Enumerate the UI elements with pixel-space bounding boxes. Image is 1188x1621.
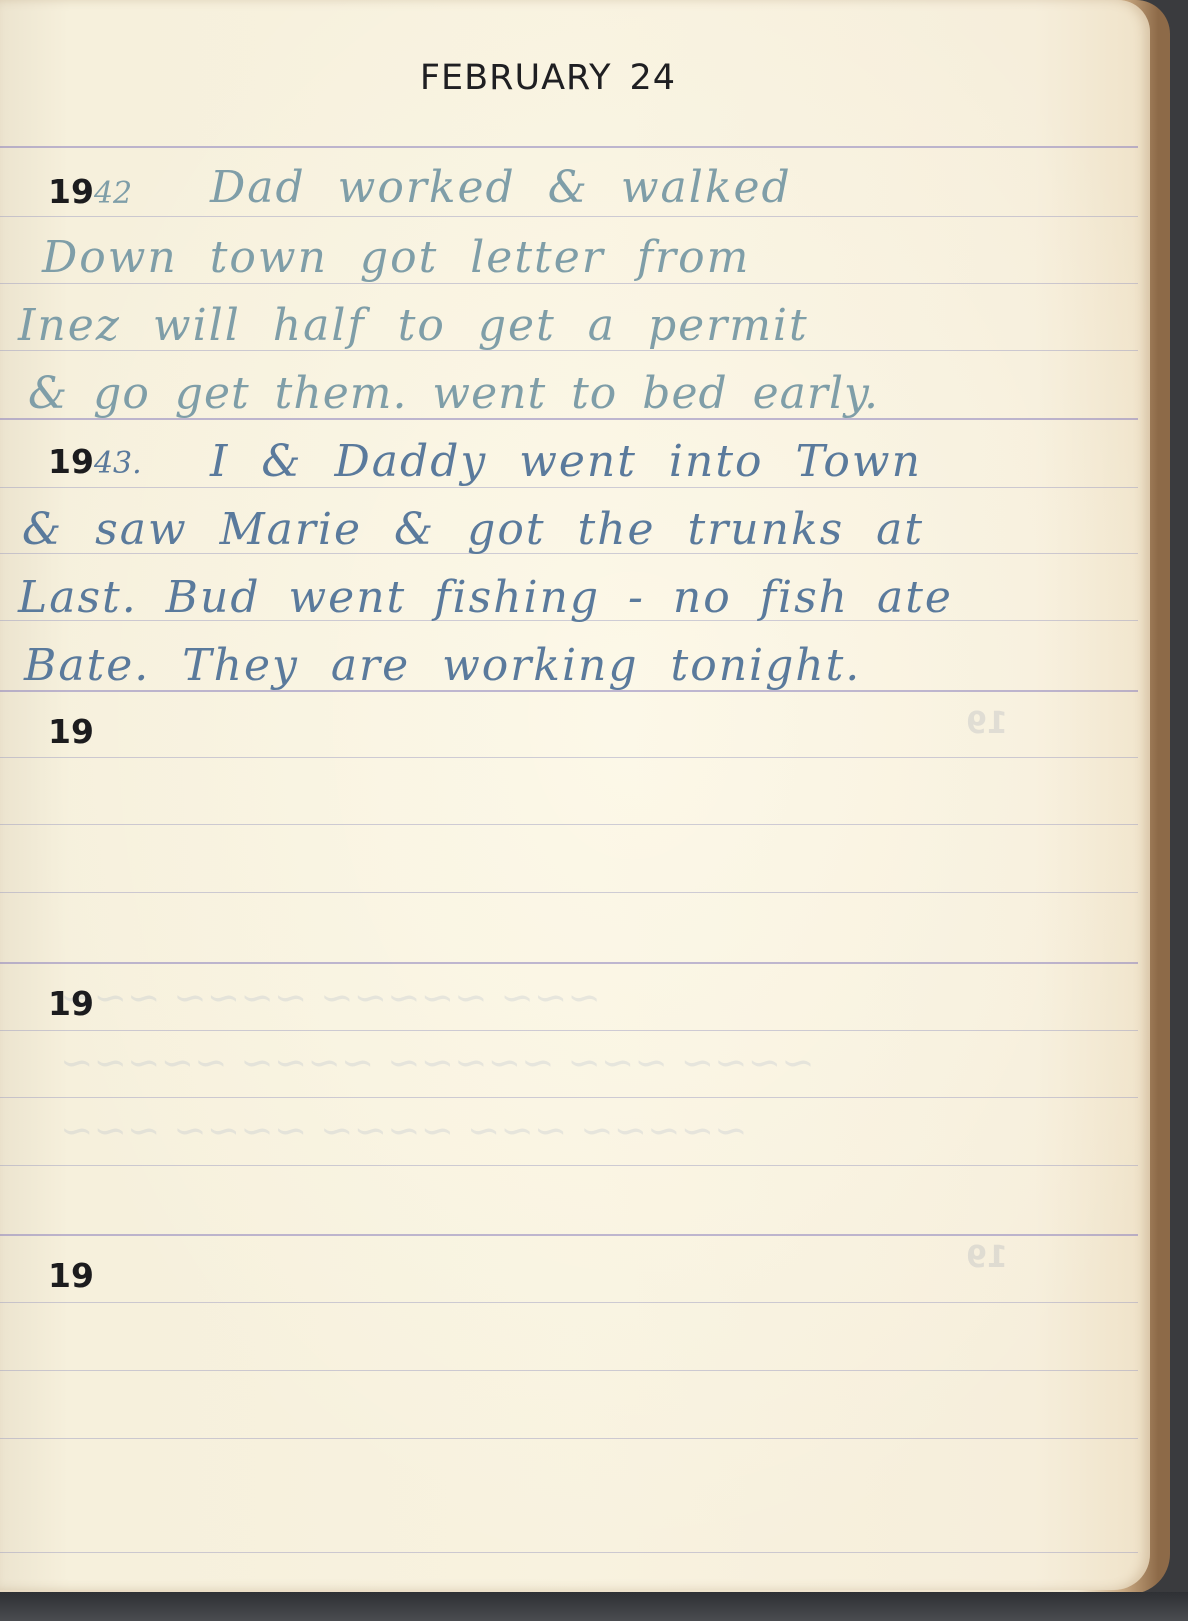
entry-year-1942: 1942 [48,172,132,211]
bleed-through-year: 19 [966,706,1008,741]
ruled-line [0,1302,1138,1303]
year-handwritten: 42 [94,176,132,211]
bleed-through-text: ~~~~ ~~~ ~~~~~ ~~~~ ~~~~~ [60,1040,815,1086]
ruled-line [0,824,1138,825]
year-printed: 19 [48,1256,94,1295]
page-date-header: FEBRUARY24 [0,58,1096,98]
year-handwritten: 43. [94,446,142,481]
ruled-line [0,962,1138,964]
diary-page: 19 19 ~~~ ~~~~~ ~~~~ ~~~ ~~~~ ~~~ ~~~~~ … [0,0,1150,1590]
ruled-line [0,1165,1138,1166]
ruled-line [0,283,1138,284]
ruled-line [0,757,1138,758]
date-month: FEBRUARY [420,58,612,98]
bleed-through-text: ~~~ ~~~~~ ~~~~ ~~~ [60,975,601,1021]
entry-1942-line-4: & go get them. went to bed early. [28,368,879,419]
year-printed: 19 [48,442,94,481]
entry-year-blank: 19 [48,712,94,751]
diary-scan: 19 19 ~~~ ~~~~~ ~~~~ ~~~ ~~~~ ~~~ ~~~~~ … [0,0,1188,1621]
entry-1943-line-3: Last. Bud went fishing - no fish ate [18,572,953,623]
ruled-line [0,1552,1138,1553]
ruled-line [0,1030,1138,1031]
ruled-line [0,1234,1138,1236]
ruled-line [0,216,1138,217]
year-printed: 19 [48,984,94,1023]
entry-1942-line-1: Dad worked & walked [210,162,792,213]
entry-1943-line-1: I & Daddy went into Town [210,436,922,487]
scanner-background [0,1592,1188,1621]
entry-year-blank: 19 [48,1256,94,1295]
entry-year-blank: 19 [48,984,94,1023]
ruled-line [0,1438,1138,1439]
entry-1942-line-3: Inez will half to get a permit [18,300,809,351]
ruled-line [0,146,1138,148]
entry-1942-line-2: Down town got letter from [42,232,750,283]
entry-1943-line-2: & saw Marie & got the trunks at [22,504,924,555]
ruled-line [0,1370,1138,1371]
entry-year-1943: 1943. [48,442,142,481]
ruled-line [0,892,1138,893]
entry-1943-line-4: Bate. They are working tonight. [24,640,861,691]
year-printed: 19 [48,172,94,211]
year-printed: 19 [48,712,94,751]
ruled-line [0,487,1138,488]
bleed-through-text: ~~~~~ ~~~ ~~~~ ~~~~ ~~~ [60,1108,748,1154]
bleed-through-year: 19 [966,1240,1008,1275]
ruled-line [0,1097,1138,1098]
date-day: 24 [630,58,677,98]
